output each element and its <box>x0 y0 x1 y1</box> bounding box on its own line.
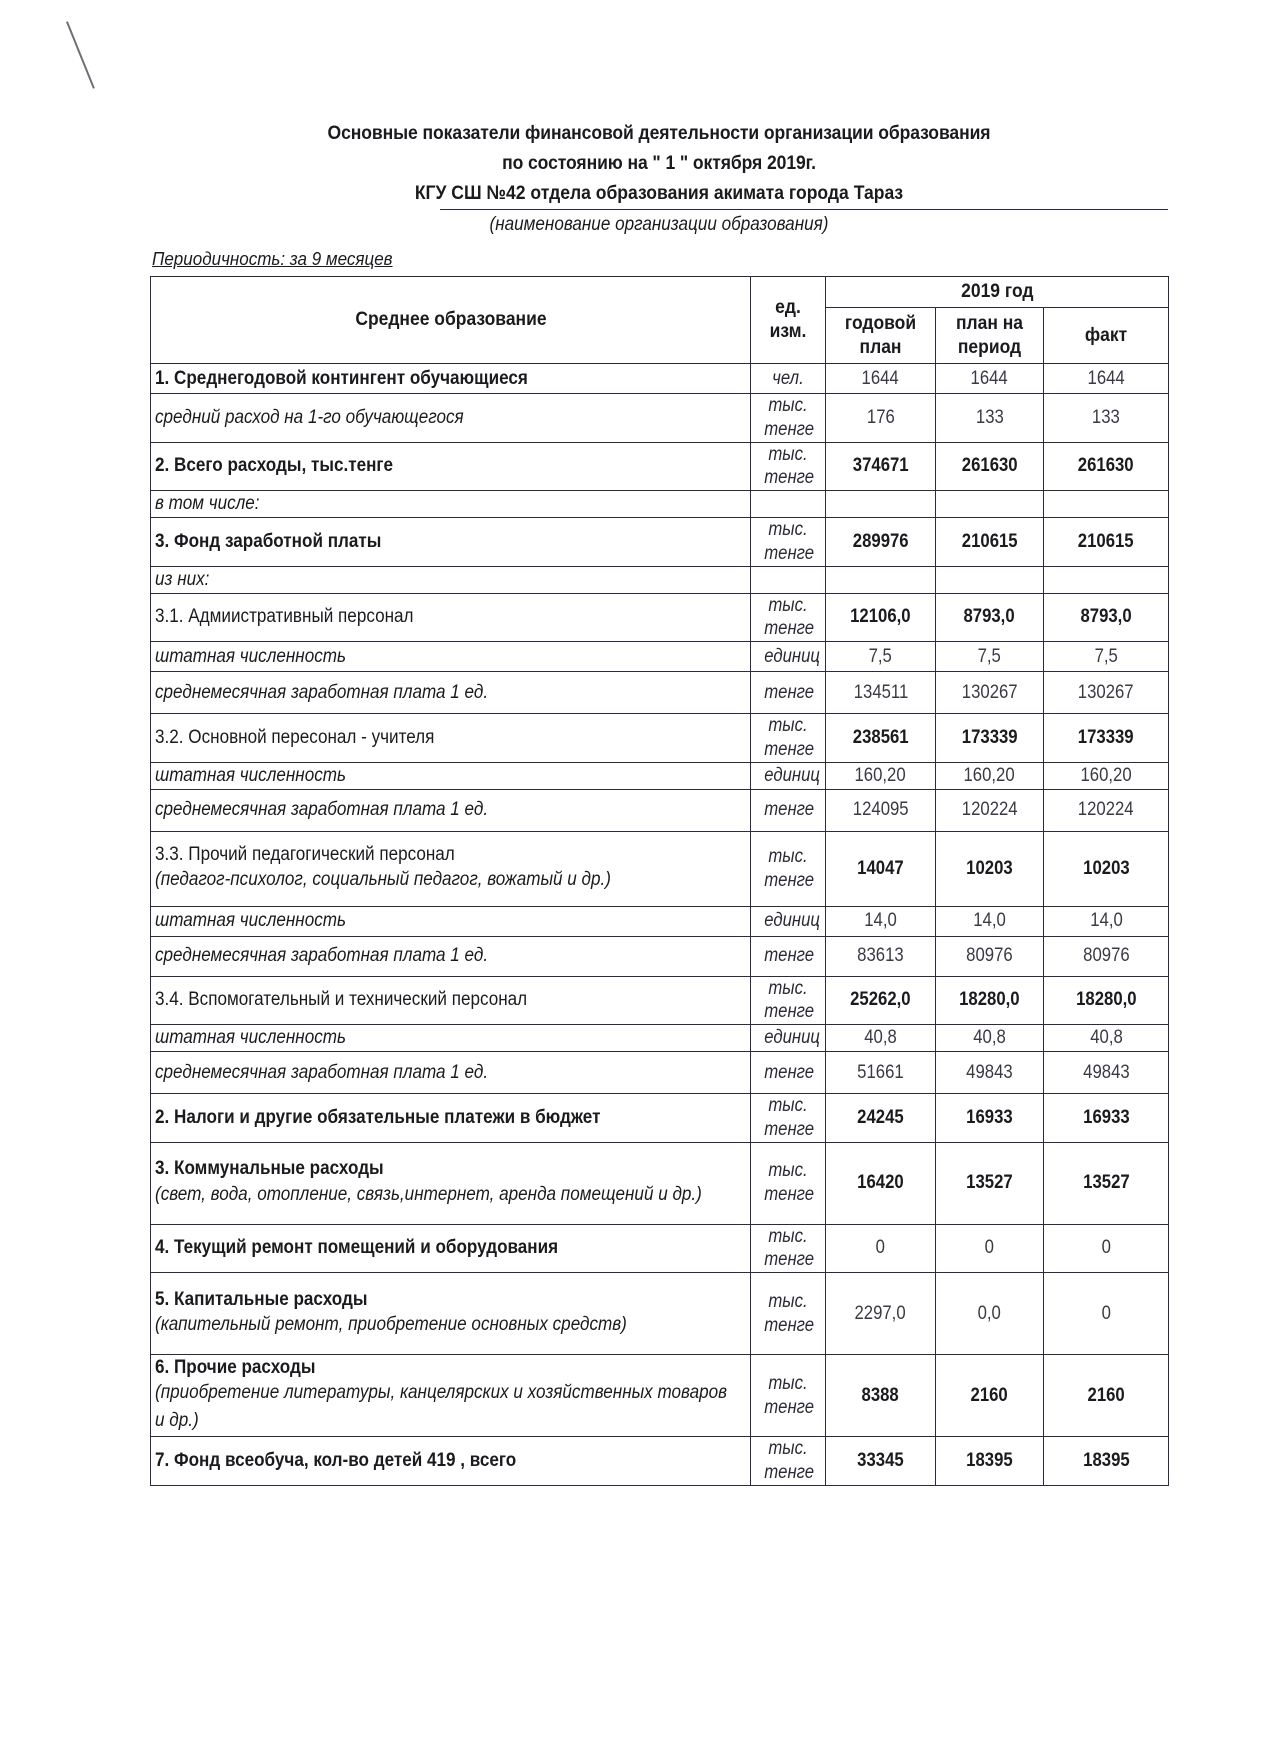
value-fact: 80976 <box>1044 936 1169 976</box>
value-annual-plan: 25262,0 <box>826 976 936 1025</box>
value-annual-plan: 51661 <box>826 1052 936 1094</box>
document-header: Основные показатели финансовой деятельно… <box>150 118 1168 208</box>
row-label-cell: среднемесячная заработная плата 1 ед. <box>151 789 751 831</box>
value-fact <box>1044 491 1169 518</box>
organization-underline <box>440 209 1168 210</box>
table-row: 3.4. Вспомогательный и технический персо… <box>151 976 1169 1025</box>
value-period-plan: 120224 <box>936 789 1044 831</box>
value-period-plan: 130267 <box>936 672 1044 714</box>
row-label: 3.2. Основной пересонал - учителя <box>155 726 434 750</box>
value-annual-plan: 0 <box>826 1224 936 1273</box>
row-label: средний расход на 1-го обучающегося <box>155 406 464 430</box>
value-period-plan: 2160 <box>936 1355 1044 1437</box>
row-label-cell: штатная численность <box>151 642 751 672</box>
row-unit: тенге <box>751 672 826 714</box>
table-row: 3.1. Адмиистративный персоналтыс. тенге1… <box>151 593 1169 642</box>
table-row: 5. Капитальные расходы(капительный ремон… <box>151 1273 1169 1355</box>
value-annual-plan: 14047 <box>826 831 936 906</box>
row-sublabel: (приобретение литературы, канцелярских и… <box>155 1379 731 1435</box>
value-annual-plan: 14,0 <box>826 906 936 936</box>
row-unit: тыс. тенге <box>751 714 826 763</box>
header-annual-plan: годовой план <box>826 308 936 364</box>
value-fact: 210615 <box>1044 518 1169 567</box>
value-fact: 0 <box>1044 1273 1169 1355</box>
value-annual-plan: 33345 <box>826 1437 936 1486</box>
value-annual-plan <box>826 491 936 518</box>
row-label-cell: в том числе: <box>151 491 751 518</box>
row-label-cell: штатная численность <box>151 1025 751 1052</box>
row-label-cell: 4. Текущий ремонт помещений и оборудован… <box>151 1224 751 1273</box>
value-fact: 130267 <box>1044 672 1169 714</box>
row-label: среднемесячная заработная плата 1 ед. <box>155 681 488 705</box>
row-label-cell: 3. Коммунальные расходы(свет, вода, отоп… <box>151 1142 751 1224</box>
value-period-plan: 8793,0 <box>936 593 1044 642</box>
header-unit: ед. изм. <box>751 277 826 364</box>
value-annual-plan: 12106,0 <box>826 593 936 642</box>
value-annual-plan: 289976 <box>826 518 936 567</box>
table-row: 2. Всего расходы, тыс.тенгетыс. тенге374… <box>151 442 1169 491</box>
row-unit: единиц <box>751 1025 826 1052</box>
value-period-plan: 14,0 <box>936 906 1044 936</box>
table-row: 3. Коммунальные расходы(свет, вода, отоп… <box>151 1142 1169 1224</box>
row-label-cell: 1. Среднегодовой контингент обучающиеся <box>151 364 751 394</box>
row-label: 3. Коммунальные расходы <box>155 1157 384 1181</box>
value-period-plan: 10203 <box>936 831 1044 906</box>
row-label-cell: из них: <box>151 566 751 593</box>
row-label: 2. Всего расходы, тыс.тенге <box>155 454 393 478</box>
value-fact: 8793,0 <box>1044 593 1169 642</box>
row-label: 3.3. Прочий педагогический персонал <box>155 843 455 867</box>
value-fact: 10203 <box>1044 831 1169 906</box>
table-row: штатная численностьединиц160,20160,20160… <box>151 762 1169 789</box>
row-unit <box>751 566 826 593</box>
row-unit: тыс. тенге <box>751 1273 826 1355</box>
row-unit: тыс. тенге <box>751 394 826 443</box>
row-sublabel: (педагог-психолог, социальный педагог, в… <box>155 866 731 894</box>
value-fact: 2160 <box>1044 1355 1169 1437</box>
value-annual-plan: 176 <box>826 394 936 443</box>
row-label: штатная численность <box>155 909 346 933</box>
value-annual-plan: 238561 <box>826 714 936 763</box>
value-fact: 173339 <box>1044 714 1169 763</box>
organization-caption: (наименование организации образования) <box>201 214 1117 236</box>
value-annual-plan: 16420 <box>826 1142 936 1224</box>
value-annual-plan: 2297,0 <box>826 1273 936 1355</box>
financial-indicators-table: Среднее образование ед. изм. 2019 год го… <box>150 276 1169 1486</box>
value-fact: 7,5 <box>1044 642 1169 672</box>
value-period-plan: 1644 <box>936 364 1044 394</box>
row-label: 1. Среднегодовой контингент обучающиеся <box>155 367 528 391</box>
value-period-plan: 18395 <box>936 1437 1044 1486</box>
table-row: из них: <box>151 566 1169 593</box>
row-label: штатная численность <box>155 764 346 788</box>
document-date: по состоянию на " 1 " октября 2019г. <box>201 148 1117 178</box>
row-label-cell: среднемесячная заработная плата 1 ед. <box>151 1052 751 1094</box>
row-unit: тыс. тенге <box>751 976 826 1025</box>
value-period-plan: 49843 <box>936 1052 1044 1094</box>
row-label: штатная численность <box>155 1026 346 1050</box>
row-label-cell: среднемесячная заработная плата 1 ед. <box>151 672 751 714</box>
value-annual-plan: 24245 <box>826 1094 936 1143</box>
value-fact: 16933 <box>1044 1094 1169 1143</box>
row-label: 2. Налоги и другие обязательные платежи … <box>155 1106 600 1130</box>
value-annual-plan: 124095 <box>826 789 936 831</box>
row-label: 4. Текущий ремонт помещений и оборудован… <box>155 1236 558 1260</box>
table-row: среднемесячная заработная плата 1 ед.тен… <box>151 789 1169 831</box>
value-fact: 120224 <box>1044 789 1169 831</box>
row-sublabel: (свет, вода, отопление, связь,интернет, … <box>155 1181 731 1209</box>
value-fact <box>1044 566 1169 593</box>
table-row: штатная численностьединиц40,840,840,8 <box>151 1025 1169 1052</box>
value-annual-plan: 160,20 <box>826 762 936 789</box>
row-unit: тыс. тенге <box>751 1224 826 1273</box>
row-unit: тыс. тенге <box>751 1094 826 1143</box>
value-fact: 18395 <box>1044 1437 1169 1486</box>
row-label: 3.4. Вспомогательный и технический персо… <box>155 988 527 1012</box>
table-row: в том числе: <box>151 491 1169 518</box>
header-section: Среднее образование <box>151 277 751 364</box>
table-row: 3. Фонд заработной платытыс. тенге289976… <box>151 518 1169 567</box>
table-row: 1. Среднегодовой контингент обучающиесяч… <box>151 364 1169 394</box>
table-row: 6. Прочие расходы(приобретение литератур… <box>151 1355 1169 1437</box>
table-row: 7. Фонд всеобуча, кол-во детей 419 , все… <box>151 1437 1169 1486</box>
row-label: среднемесячная заработная плата 1 ед. <box>155 944 488 968</box>
value-period-plan: 173339 <box>936 714 1044 763</box>
value-period-plan: 40,8 <box>936 1025 1044 1052</box>
value-annual-plan: 7,5 <box>826 642 936 672</box>
row-label-cell: 2. Налоги и другие обязательные платежи … <box>151 1094 751 1143</box>
value-fact: 261630 <box>1044 442 1169 491</box>
periodicity-label: Периодичность: за 9 месяцев <box>152 248 393 270</box>
header-period-plan: план на период <box>936 308 1044 364</box>
value-annual-plan: 134511 <box>826 672 936 714</box>
value-period-plan: 16933 <box>936 1094 1044 1143</box>
value-annual-plan: 83613 <box>826 936 936 976</box>
value-annual-plan: 40,8 <box>826 1025 936 1052</box>
row-unit: единиц <box>751 906 826 936</box>
value-period-plan: 0,0 <box>936 1273 1044 1355</box>
value-fact: 13527 <box>1044 1142 1169 1224</box>
row-unit: тыс. тенге <box>751 442 826 491</box>
row-label: 7. Фонд всеобуча, кол-во детей 419 , все… <box>155 1449 516 1473</box>
row-label-cell: 3. Фонд заработной платы <box>151 518 751 567</box>
scan-pen-mark <box>66 21 95 89</box>
value-fact: 49843 <box>1044 1052 1169 1094</box>
row-unit: тенге <box>751 1052 826 1094</box>
value-fact: 40,8 <box>1044 1025 1169 1052</box>
value-period-plan: 18280,0 <box>936 976 1044 1025</box>
row-label: из них: <box>155 568 209 592</box>
value-period-plan: 160,20 <box>936 762 1044 789</box>
value-annual-plan: 8388 <box>826 1355 936 1437</box>
row-unit: тыс. тенге <box>751 1355 826 1437</box>
row-label-cell: средний расход на 1-го обучающегося <box>151 394 751 443</box>
value-period-plan: 13527 <box>936 1142 1044 1224</box>
row-unit: тыс. тенге <box>751 1437 826 1486</box>
row-label: 5. Капитальные расходы <box>155 1288 367 1312</box>
table-row: штатная численностьединиц7,57,57,5 <box>151 642 1169 672</box>
value-period-plan: 7,5 <box>936 642 1044 672</box>
value-fact: 14,0 <box>1044 906 1169 936</box>
value-period-plan: 80976 <box>936 936 1044 976</box>
row-label-cell: штатная численность <box>151 762 751 789</box>
document-title: Основные показатели финансовой деятельно… <box>201 118 1117 148</box>
value-annual-plan: 1644 <box>826 364 936 394</box>
organization-name: КГУ СШ №42 отдела образования акимата го… <box>201 178 1117 208</box>
table-row: штатная численностьединиц14,014,014,0 <box>151 906 1169 936</box>
row-label-cell: 3.3. Прочий педагогический персонал(педа… <box>151 831 751 906</box>
row-sublabel: (капительный ремонт, приобретение основн… <box>155 1311 731 1339</box>
row-label-cell: 7. Фонд всеобуча, кол-во детей 419 , все… <box>151 1437 751 1486</box>
value-period-plan <box>936 566 1044 593</box>
row-label-cell: 3.4. Вспомогательный и технический персо… <box>151 976 751 1025</box>
row-label-cell: 5. Капитальные расходы(капительный ремон… <box>151 1273 751 1355</box>
header-fact: факт <box>1044 308 1169 364</box>
row-unit: тыс. тенге <box>751 518 826 567</box>
row-unit: единиц <box>751 642 826 672</box>
value-period-plan: 210615 <box>936 518 1044 567</box>
row-label: среднемесячная заработная плата 1 ед. <box>155 798 488 822</box>
table-row: среднемесячная заработная плата 1 ед.тен… <box>151 1052 1169 1094</box>
value-annual-plan <box>826 566 936 593</box>
value-period-plan <box>936 491 1044 518</box>
row-label: 6. Прочие расходы <box>155 1356 315 1380</box>
table-row: среднемесячная заработная плата 1 ед.тен… <box>151 936 1169 976</box>
row-unit <box>751 491 826 518</box>
row-label: среднемесячная заработная плата 1 ед. <box>155 1061 488 1085</box>
row-unit: тыс. тенге <box>751 593 826 642</box>
row-unit: тыс. тенге <box>751 1142 826 1224</box>
row-unit: тенге <box>751 936 826 976</box>
row-unit: тыс. тенге <box>751 831 826 906</box>
row-label-cell: 3.1. Адмиистративный персонал <box>151 593 751 642</box>
table-row: 3.3. Прочий педагогический персонал(педа… <box>151 831 1169 906</box>
row-unit: чел. <box>751 364 826 394</box>
header-year-group: 2019 год <box>826 277 1169 308</box>
table-row: 4. Текущий ремонт помещений и оборудован… <box>151 1224 1169 1273</box>
row-label-cell: штатная численность <box>151 906 751 936</box>
table-row: средний расход на 1-го обучающегосятыс. … <box>151 394 1169 443</box>
row-label: в том числе: <box>155 492 260 516</box>
table-row: среднемесячная заработная плата 1 ед.тен… <box>151 672 1169 714</box>
value-fact: 0 <box>1044 1224 1169 1273</box>
value-period-plan: 261630 <box>936 442 1044 491</box>
row-label: штатная численность <box>155 645 346 669</box>
value-annual-plan: 374671 <box>826 442 936 491</box>
row-label-cell: 6. Прочие расходы(приобретение литератур… <box>151 1355 751 1437</box>
row-unit: единиц <box>751 762 826 789</box>
row-label-cell: 3.2. Основной пересонал - учителя <box>151 714 751 763</box>
row-label-cell: среднемесячная заработная плата 1 ед. <box>151 936 751 976</box>
row-label: 3. Фонд заработной платы <box>155 530 381 554</box>
value-period-plan: 133 <box>936 394 1044 443</box>
row-label: 3.1. Адмиистративный персонал <box>155 605 414 629</box>
row-label-cell: 2. Всего расходы, тыс.тенге <box>151 442 751 491</box>
table-row: 3.2. Основной пересонал - учителятыс. те… <box>151 714 1169 763</box>
value-fact: 133 <box>1044 394 1169 443</box>
table-row: 2. Налоги и другие обязательные платежи … <box>151 1094 1169 1143</box>
value-fact: 1644 <box>1044 364 1169 394</box>
row-unit: тенге <box>751 789 826 831</box>
value-fact: 18280,0 <box>1044 976 1169 1025</box>
value-fact: 160,20 <box>1044 762 1169 789</box>
value-period-plan: 0 <box>936 1224 1044 1273</box>
